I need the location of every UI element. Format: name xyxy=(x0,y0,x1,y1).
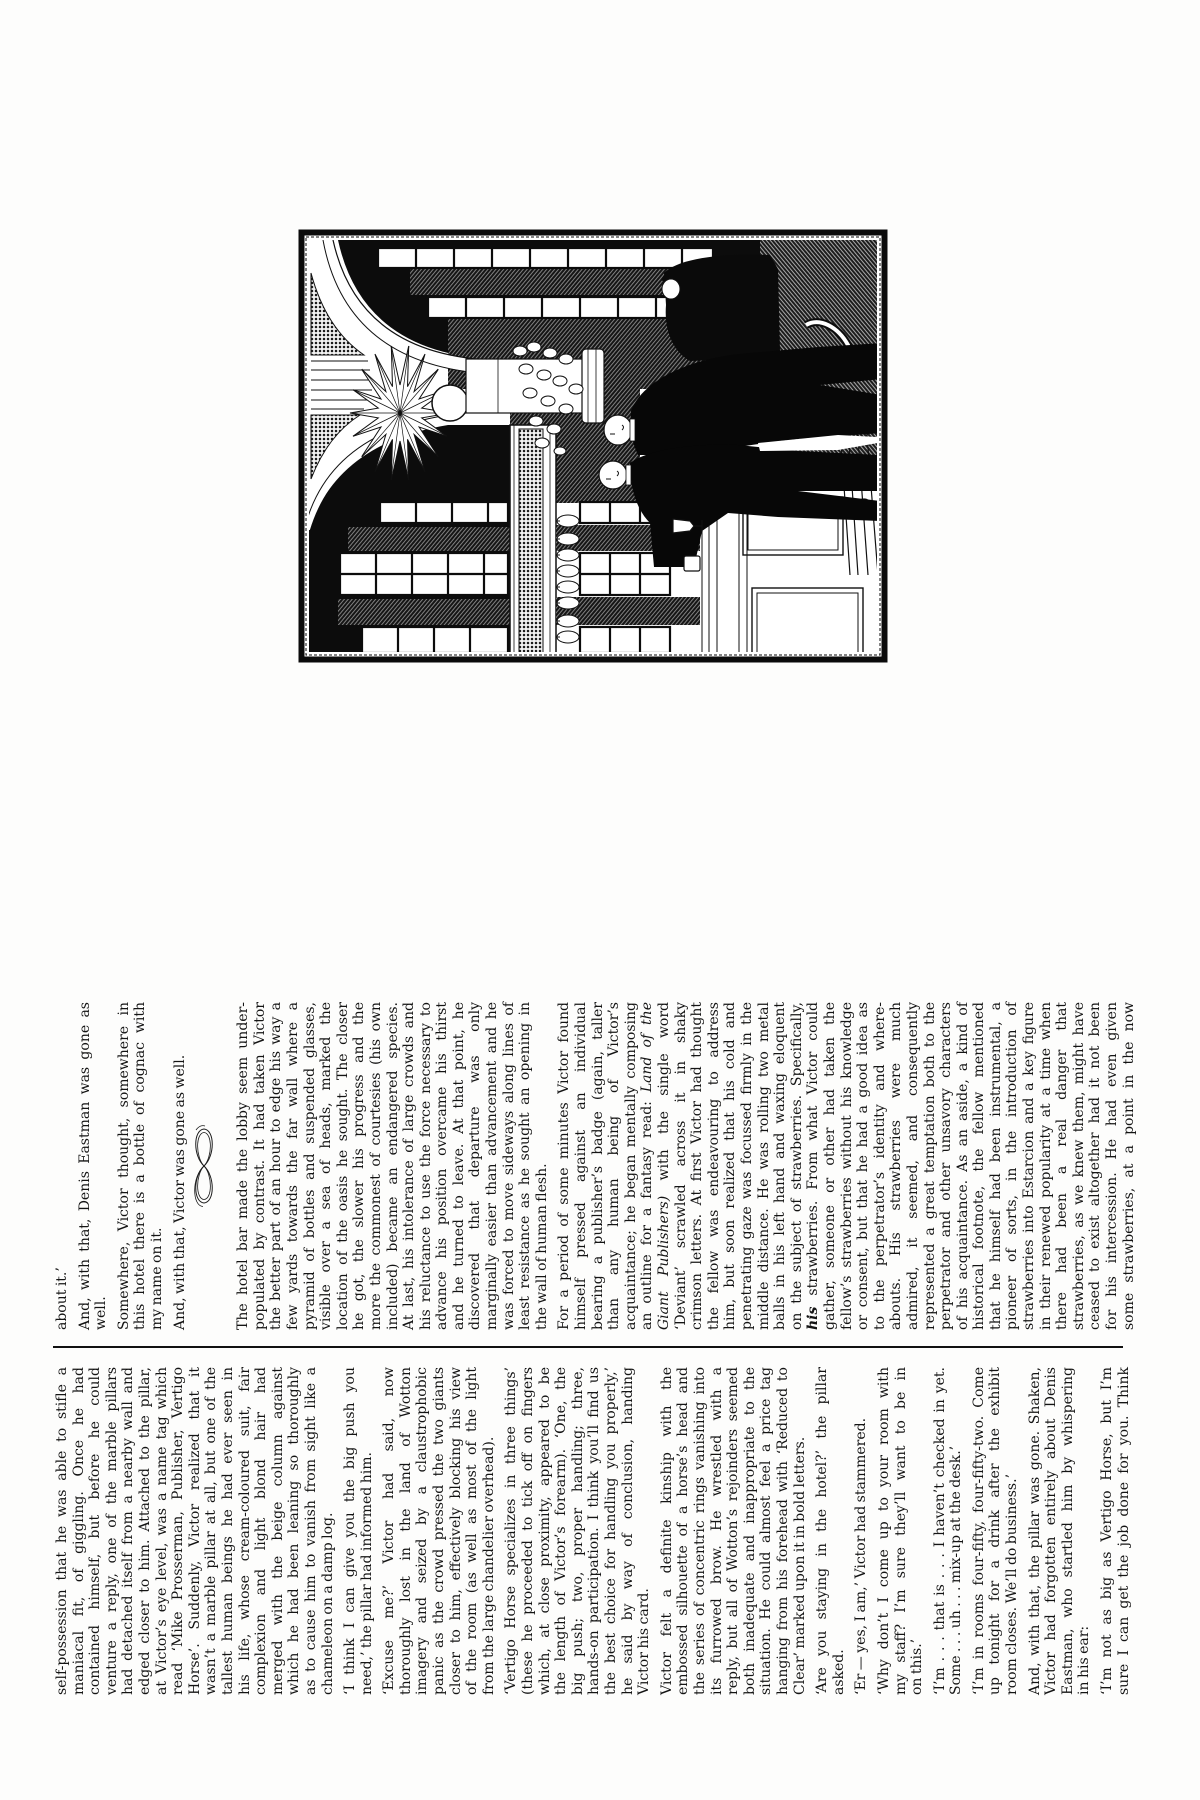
text-line: for his intercession. He had even given xyxy=(1104,1002,1121,1330)
paragraph: ‘Why don’t I come up to your room with m… xyxy=(876,1367,926,1695)
text-line: up tonight for a drink after the exhibit xyxy=(987,1367,1004,1695)
text-line: was forced to move sideways along lines … xyxy=(501,1002,518,1330)
text-line: ‘Vertigo Horse specializes in three thin… xyxy=(503,1367,520,1695)
text-run: an outline for a fantasy read: xyxy=(639,1101,655,1330)
text-line: in their renewed popularity at a time wh… xyxy=(1038,1002,1055,1330)
paragraph: ‘I’m . . . that is . . . I haven’t check… xyxy=(932,1367,965,1695)
text-line: Clear’ marked upon it in bold letters. xyxy=(792,1367,809,1695)
text-line: At last, his intolerance of large crowds… xyxy=(401,1002,418,1330)
text-line: he got, the slower his progress and the xyxy=(351,1002,368,1330)
text-page: self-possession that he was able to stif… xyxy=(40,1000,1140,1700)
text-line: The hotel bar made the lobby seem under- xyxy=(235,1002,252,1330)
paragraph: ‘Vertigo Horse specializes in three thin… xyxy=(503,1367,652,1695)
text-line: thoroughly lost in the land of Wotton xyxy=(398,1367,415,1695)
text-line: some strawberries, at a point in the now xyxy=(1121,1002,1138,1330)
text-line: his strawberries. From what Victor could xyxy=(805,1002,822,1330)
text-line: abouts. His strawberries were much xyxy=(888,1002,905,1330)
text-line: on this.’ xyxy=(909,1367,926,1695)
text-line: that he himself had been instrumental, a xyxy=(988,1002,1005,1330)
text-line: ‘Er — yes, I am,’ Victor had stammered. xyxy=(853,1367,870,1695)
text-line: the length of Victor’s forearm). ‘One, t… xyxy=(553,1367,570,1695)
paragraph: self-possession that he was able to stif… xyxy=(54,1367,336,1695)
text-line: this hotel there is a bottle of cognac w… xyxy=(132,1002,149,1330)
text-line: tallest human beings he had ever seen in xyxy=(220,1367,237,1695)
text-line: big push; two, proper handling; three, xyxy=(570,1367,587,1695)
italic-book-title: Land of the xyxy=(639,1002,655,1092)
text-run: strawberries. From what Victor could xyxy=(805,1002,821,1296)
text-line: at Victor’s eye level, was a name tag wh… xyxy=(154,1367,171,1695)
text-line: asked. xyxy=(831,1367,848,1695)
text-line: need,’ the pillar had informed him. xyxy=(359,1367,376,1695)
text-line: both inadequate and inappropriate to the xyxy=(742,1367,759,1695)
text-line: marginally easier than advancement and h… xyxy=(484,1002,501,1330)
text-line: read ‘Mike Prosserman, Publisher, Vertig… xyxy=(170,1367,187,1695)
text-line: sure I can get the job done for you. Thi… xyxy=(1116,1367,1133,1695)
text-line: Giant Publishers) with the single word xyxy=(656,1002,673,1330)
text-line: edged closer to him. Attached to the pil… xyxy=(137,1367,154,1695)
text-line: hanging from his forehead with ‘Reduced … xyxy=(775,1367,792,1695)
globe-urn xyxy=(432,385,468,421)
text-line: Victor his card. xyxy=(636,1367,653,1695)
text-line: self-possession that he was able to stif… xyxy=(54,1367,71,1695)
text-line: location of the oasis he sought. The clo… xyxy=(335,1002,352,1330)
text-line: middle distance. He was rolling two meta… xyxy=(756,1002,773,1330)
paragraph: ‘I think I can give you the big push you… xyxy=(342,1367,375,1695)
text-line: discovered that departure was only xyxy=(467,1002,484,1330)
text-line: admired, it seemed, and consequently xyxy=(905,1002,922,1330)
text-line: acquaintance; he began mentally composin… xyxy=(623,1002,640,1330)
text-line: ‘I’m in rooms four-fifty, four-fifty-two… xyxy=(971,1367,988,1695)
text-line: and he turned to leave. At that point, h… xyxy=(451,1002,468,1330)
text-line: my name on it. xyxy=(149,1002,166,1330)
text-line: the wall of human flesh. xyxy=(534,1002,551,1330)
text-line: pyramid of bottles and suspended glasses… xyxy=(302,1002,319,1330)
text-line: perpetrator and other unsavory character… xyxy=(938,1002,955,1330)
text-line: to the perpetrator’s identity and where- xyxy=(872,1002,889,1330)
text-line: strawberries, as we knew them, might hav… xyxy=(1071,1002,1088,1330)
paragraph: ‘Er — yes, I am,’ Victor had stammered. xyxy=(853,1367,870,1695)
text-line: which he had been leaning so thoroughly xyxy=(286,1367,303,1695)
text-line: than any human being of Victor’s xyxy=(606,1002,623,1330)
text-line: venture a reply, one of the marble pilla… xyxy=(104,1367,121,1695)
text-line: maniacal fit, of giggling. Once he had xyxy=(71,1367,88,1695)
text-line: which, at close proximity, appeared to b… xyxy=(537,1367,554,1695)
flourish-divider-icon xyxy=(192,1124,216,1208)
text-line: ‘I’m not as big as Vertigo Horse, but I’… xyxy=(1099,1367,1116,1695)
text-line: (these he proceeded to tick off on finge… xyxy=(520,1367,537,1695)
text-line: my staff? I’m sure they’ll want to be in xyxy=(893,1367,910,1695)
text-line: embossed silhouette of a horse’s head an… xyxy=(675,1367,692,1695)
text-line: ‘Deviant’ scrawled across it in shaky xyxy=(673,1002,690,1330)
book-spread-page: self-possession that he was able to stif… xyxy=(0,0,1200,1800)
text-line: And, with that, Victor was gone as well. xyxy=(172,1002,189,1330)
italic-book-title: Giant Publishers) xyxy=(656,1196,672,1330)
text-line: pioneer of sorts, in the introduction of xyxy=(1004,1002,1021,1330)
text-line: gather, someone or other had taken the xyxy=(822,1002,839,1330)
paragraph: about it.’ xyxy=(54,1002,71,1330)
text-line: there had been a real danger that xyxy=(1054,1002,1071,1330)
text-line: And, with that, the pillar was gone. Sha… xyxy=(1027,1367,1044,1695)
text-line: ‘Are you staying in the hotel?’ the pill… xyxy=(814,1367,831,1695)
right-text-column: about it.’ And, with that, Denis Eastman… xyxy=(54,1002,1137,1330)
hotel-lobby-illustration xyxy=(298,229,888,663)
text-run: with the single word xyxy=(656,1002,672,1181)
face xyxy=(599,461,627,489)
text-line: represented a great temptation both to t… xyxy=(922,1002,939,1330)
paragraph: ‘I’m in rooms four-fifty, four-fifty-two… xyxy=(971,1367,1021,1695)
text-line: of his acquaintance. As an aside, a kind… xyxy=(955,1002,972,1330)
text-line: bearing a publisher’s badge (again, tall… xyxy=(590,1002,607,1330)
text-line: balls in his left hand and waxing eloque… xyxy=(772,1002,789,1330)
text-line: him, but soon realized that his cold and xyxy=(722,1002,739,1330)
text-line: populated by contrast. It had taken Vict… xyxy=(252,1002,269,1330)
text-line: hands-on participation. I think you’ll f… xyxy=(586,1367,603,1695)
paragraph: And, with that, the pillar was gone. Sha… xyxy=(1027,1367,1093,1695)
text-line: or consent, but that he had a good idea … xyxy=(855,1002,872,1330)
text-line: And, with that, Denis Eastman was gone a… xyxy=(77,1002,94,1330)
left-text-column: self-possession that he was able to stif… xyxy=(54,1367,1132,1695)
text-line: advance his position overcame his thirst xyxy=(434,1002,451,1330)
text-line: few yards towards the far wall where a xyxy=(285,1002,302,1330)
text-line: chameleon on a damp log. xyxy=(320,1367,337,1695)
text-line: Eastman, who startled him by whispering xyxy=(1060,1367,1077,1695)
text-line: his life, whose cream-coloured suit, fai… xyxy=(237,1367,254,1695)
paragraph: ‘Are you staying in the hotel?’ the pill… xyxy=(814,1367,847,1695)
text-line: complexion and light blond hair had xyxy=(253,1367,270,1695)
text-line: from the large chandelier overhead). xyxy=(481,1367,498,1695)
paragraph: For a period of some minutes Victor foun… xyxy=(556,1002,1137,1330)
text-line: imagery and seized by a claustrophobic xyxy=(414,1367,431,1695)
text-line: strawberries into Estarcion and a key fi… xyxy=(1021,1002,1038,1330)
text-line: an outline for a fantasy read: Land of t… xyxy=(639,1002,656,1330)
text-line: of the room (as well as most of the ligh… xyxy=(464,1367,481,1695)
text-line: well. xyxy=(93,1002,110,1330)
text-line: merged with the beige column against xyxy=(270,1367,287,1695)
text-line: Victor felt a definite kinship with the xyxy=(659,1367,676,1695)
paragraph: ‘Excuse me?’ Victor had said, now thorou… xyxy=(381,1367,497,1695)
text-line: had detached itself from a nearby wall a… xyxy=(120,1367,137,1695)
paragraph: And, with that, Denis Eastman was gone a… xyxy=(77,1002,110,1330)
text-line: Somewhere, Victor thought, somewhere in xyxy=(116,1002,133,1330)
text-line: closer to him, effectively blocking his … xyxy=(448,1367,465,1695)
text-line: the best choice for handling you properl… xyxy=(603,1367,620,1695)
text-line: the better part of an hour to edge his w… xyxy=(268,1002,285,1330)
emphasis-word: his xyxy=(805,1307,821,1330)
paragraph: The hotel bar made the lobby seem under-… xyxy=(235,1002,550,1330)
text-line: he said by way of conclusion, handing xyxy=(620,1367,637,1695)
text-line: Some . . . uh . . . mix-up at the desk.’ xyxy=(948,1367,965,1695)
text-line: ‘I think I can give you the big push you xyxy=(342,1367,359,1695)
text-line: ‘I’m . . . that is . . . I haven’t check… xyxy=(932,1367,949,1695)
face xyxy=(604,415,632,445)
column-rule xyxy=(53,1346,1123,1348)
text-line: contained himself, but before he could xyxy=(87,1367,104,1695)
text-line: his reluctance to use the force necessar… xyxy=(418,1002,435,1330)
text-line: crimson letters. At first Victor had tho… xyxy=(689,1002,706,1330)
text-line: as to cause him to vanish from sight lik… xyxy=(303,1367,320,1695)
text-line: wasn’t a marble pillar at all, but one o… xyxy=(203,1367,220,1695)
paragraph: Somewhere, Victor thought, somewhere in … xyxy=(116,1002,166,1330)
text-line: Victor had forgotten entirely about Deni… xyxy=(1043,1367,1060,1695)
paragraph: And, with that, Victor was gone as well. xyxy=(172,1002,189,1330)
text-line: the fellow was endeavouring to address xyxy=(706,1002,723,1330)
text-line: least resistance as he sought an opening… xyxy=(517,1002,534,1330)
text-line: himself pressed against an individual xyxy=(573,1002,590,1330)
paragraph: Victor felt a definite kinship with the … xyxy=(659,1367,808,1695)
text-line: visible over a sea of heads, marked the xyxy=(318,1002,335,1330)
text-line: the series of concentric rings vanishing… xyxy=(692,1367,709,1695)
text-line: reply, but all of Wotton’s rejoinders se… xyxy=(725,1367,742,1695)
text-line: Horse’. Suddenly, Victor realized that i… xyxy=(187,1367,204,1695)
woman-figure xyxy=(662,255,780,361)
text-line: included) became an endangered species. xyxy=(385,1002,402,1330)
text-line: on the subject of strawberries. Specific… xyxy=(789,1002,806,1330)
paragraph: ‘I’m not as big as Vertigo Horse, but I’… xyxy=(1099,1367,1132,1695)
text-line: penetrating gaze was focussed firmly in … xyxy=(739,1002,756,1330)
text-line: ‘Why don’t I come up to your room with xyxy=(876,1367,893,1695)
text-line: room closes. We’ll do business.’ xyxy=(1004,1367,1021,1695)
text-line: its furrowed brow. He wrestled with a xyxy=(709,1367,726,1695)
text-line: more the commonest of courtesies (his ow… xyxy=(368,1002,385,1330)
section-break-ornament xyxy=(192,1002,235,1330)
text-line: panic as the crowd pressed the two giant… xyxy=(431,1367,448,1695)
text-line: about it.’ xyxy=(54,1002,71,1330)
text-line: For a period of some minutes Victor foun… xyxy=(556,1002,573,1330)
text-line: situation. He could almost feel a price … xyxy=(758,1367,775,1695)
text-line: fellow’s strawberries without his knowle… xyxy=(839,1002,856,1330)
text-line: ‘Excuse me?’ Victor had said, now xyxy=(381,1367,398,1695)
text-line: in his ear: xyxy=(1076,1367,1093,1695)
text-line: ceased to exist altogether had it not be… xyxy=(1087,1002,1104,1330)
text-line: historical footnote, the fellow mentione… xyxy=(971,1002,988,1330)
